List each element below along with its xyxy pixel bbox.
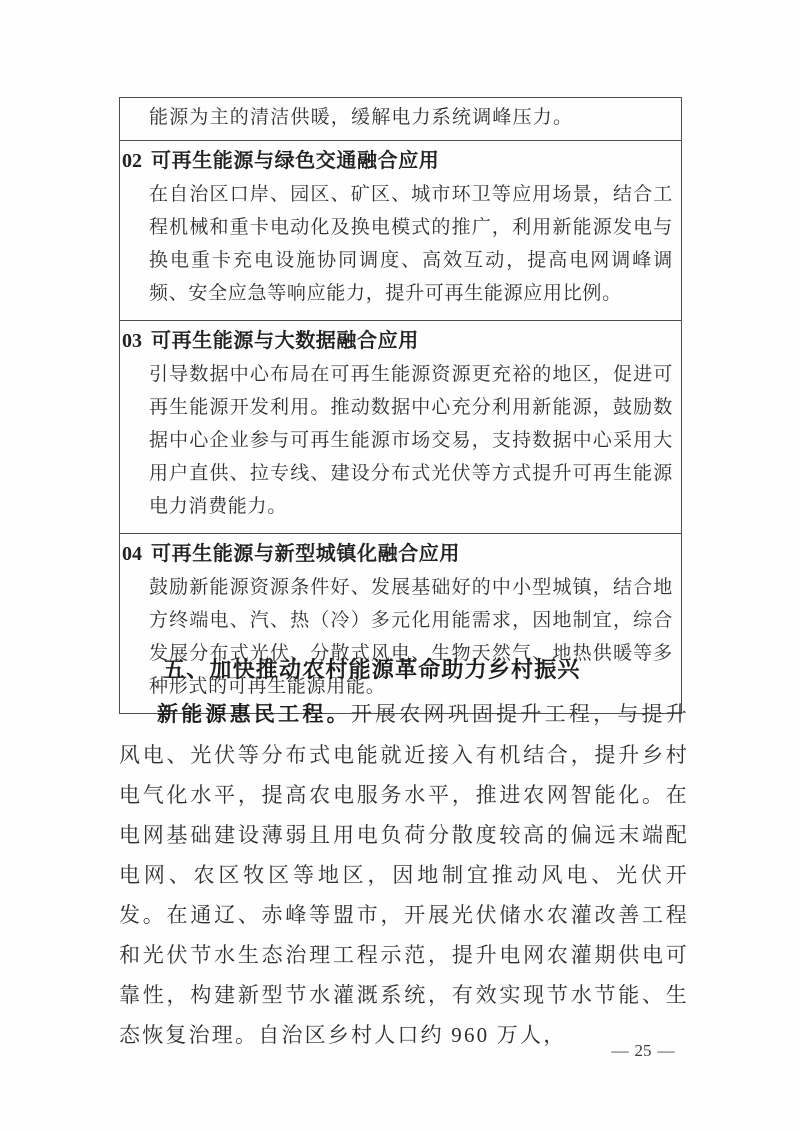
paragraph-lead: 新能源惠民工程。 (157, 703, 351, 726)
item-title: 可再生能源与大数据融合应用 (151, 330, 419, 352)
section-heading: 五、加快推动农村能源革命助力乡村振兴 (163, 653, 581, 684)
table-row-item-04: 04可再生能源与新型城镇化融合应用 鼓励新能源资源条件好、发展基础好的中小型城镇… (120, 533, 681, 713)
item-header: 04可再生能源与新型城镇化融合应用 (122, 539, 673, 569)
table-row-continuation: 能源为主的清洁供暖，缓解电力系统调峰压力。 (120, 98, 681, 140)
item-header: 02可再生能源与绿色交通融合应用 (122, 146, 673, 176)
table-row-item-02: 02可再生能源与绿色交通融合应用 在自治区口岸、园区、矿区、城市环卫等应用场景，… (120, 140, 681, 320)
item-body: 引导数据中心布局在可再生能源资源更充裕的地区，促进可再生能源开发利用。推动数据中… (149, 358, 673, 523)
table-row-item-03: 03可再生能源与大数据融合应用 引导数据中心布局在可再生能源资源更充裕的地区，促… (120, 320, 681, 533)
item-number: 03 (122, 326, 142, 356)
item-number: 02 (122, 146, 142, 176)
main-paragraph: 新能源惠民工程。开展农网巩固提升工程，与提升风电、光伏等分布式电能就近接入有机结… (119, 694, 689, 1055)
item-body: 在自治区口岸、园区、矿区、城市环卫等应用场景，结合工程机械和重卡电动化及换电模式… (149, 178, 673, 310)
page-number: —25— (597, 1041, 689, 1061)
item-title: 可再生能源与新型城镇化融合应用 (151, 543, 460, 565)
item-title: 可再生能源与绿色交通融合应用 (151, 150, 439, 172)
continuation-text: 能源为主的清洁供暖，缓解电力系统调峰压力。 (149, 107, 573, 128)
page-number-dash-right: — (658, 1041, 675, 1060)
renewable-energy-applications-table: 能源为主的清洁供暖，缓解电力系统调峰压力。 02可再生能源与绿色交通融合应用 在… (119, 97, 682, 714)
page-number-value: 25 (635, 1041, 652, 1060)
item-number: 04 (122, 539, 142, 569)
document-page: 能源为主的清洁供暖，缓解电力系统调峰压力。 02可再生能源与绿色交通融合应用 在… (0, 0, 800, 1131)
page-number-dash-left: — (612, 1041, 629, 1060)
paragraph-text: 开展农网巩固提升工程，与提升风电、光伏等分布式电能就近接入有机结合，提升乡村电气… (119, 702, 689, 1047)
item-header: 03可再生能源与大数据融合应用 (122, 326, 673, 356)
